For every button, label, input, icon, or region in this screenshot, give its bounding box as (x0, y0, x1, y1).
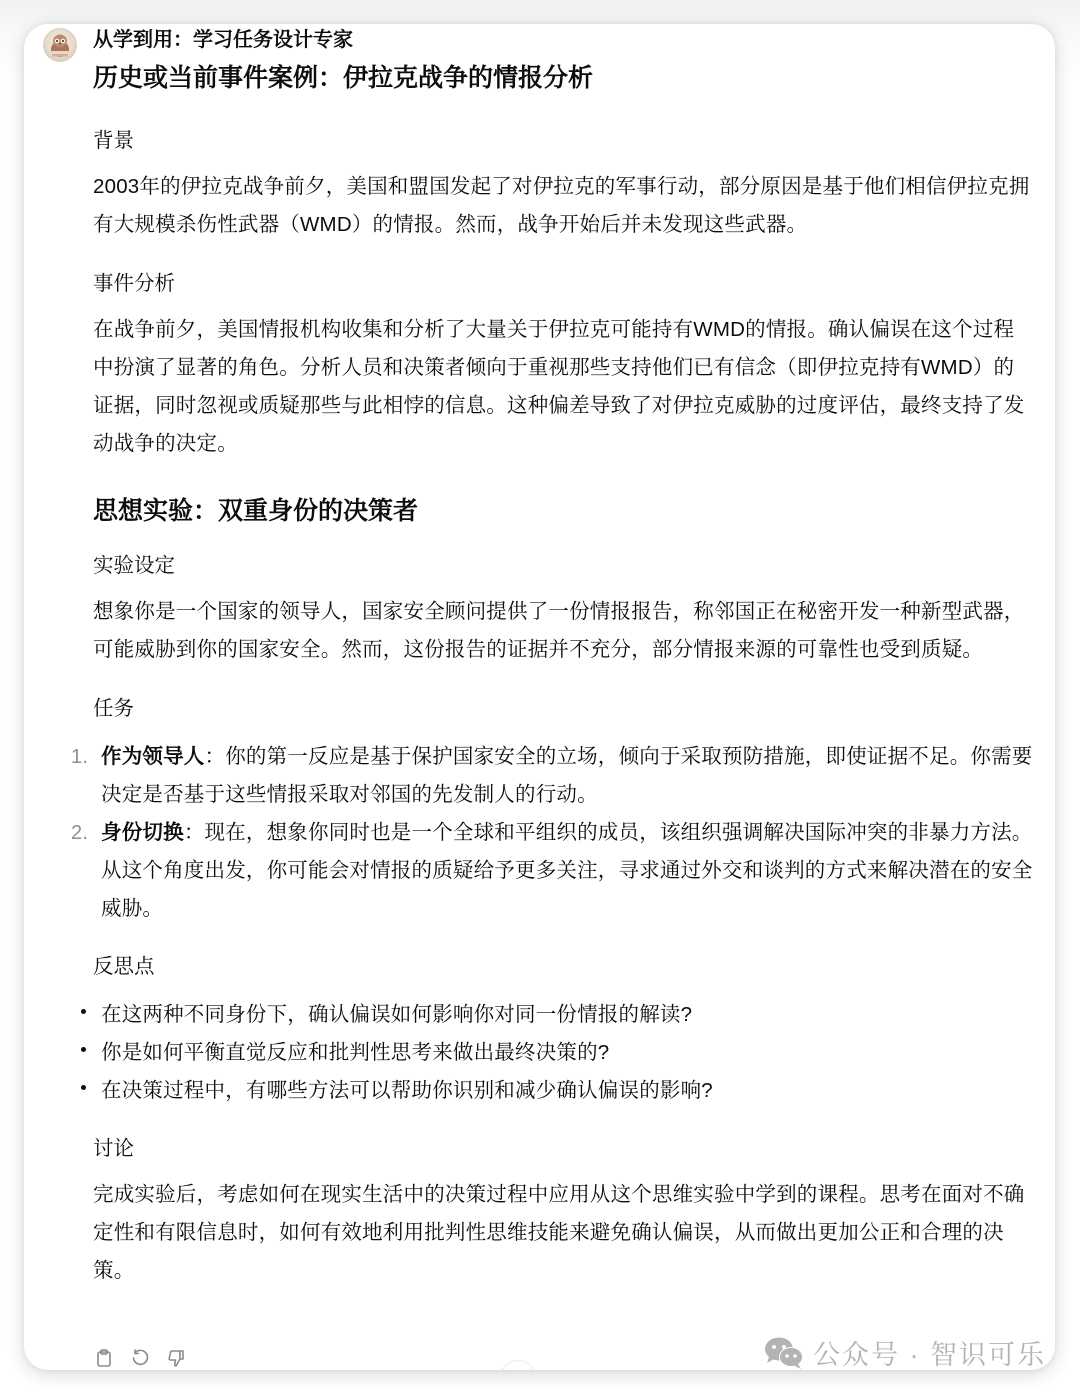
reflection-item: 在这两种不同身份下，确认偏误如何影响你对同一份情报的解读? (93, 996, 1033, 1034)
background-text: 2003年的伊拉克战争前夕，美国和盟国发起了对伊拉克的军事行动，部分原因是基于他… (93, 168, 1033, 244)
regenerate-button[interactable] (129, 1346, 151, 1370)
reflection-label: 反思点 (93, 952, 1033, 982)
watermark: 公众号 · 智识可乐 (763, 1333, 1046, 1372)
message-content: 历史或当前事件案例：伊拉克战争的情报分析 背景 2003年的伊拉克战争前夕，美国… (93, 60, 1033, 1290)
reflection-item: 你是如何平衡直觉反应和批判性思考来做出最终决策的? (93, 1034, 1033, 1072)
reflection-item: 在决策过程中，有哪些方法可以帮助你识别和减少确认偏误的影响? (93, 1072, 1033, 1110)
reflection-text: 在决策过程中，有哪些方法可以帮助你识别和减少确认偏误的影响? (101, 1079, 713, 1102)
analysis-label: 事件分析 (93, 269, 1033, 299)
assistant-name: 从学到用：学习任务设计专家 (93, 26, 353, 54)
watermark-text: 公众号 · 智识可乐 (813, 1333, 1046, 1372)
refresh-icon (130, 1348, 150, 1368)
dislike-button[interactable] (165, 1346, 187, 1370)
task-text: ：现在，想象你同时也是一个全球和平组织的成员，该组织强调解决国际冲突的非暴力方法… (101, 821, 1033, 920)
bullet-icon (81, 1047, 86, 1052)
clipboard-icon (94, 1348, 114, 1368)
task-number: 2. (71, 814, 88, 852)
setup-text: 想象你是一个国家的领导人，国家安全顾问提供了一份情报报告，称邻国正在秘密开发一种… (93, 593, 1033, 669)
task-text: ：你的第一反应是基于保护国家安全的立场，倾向于采取预防措施，即使证据不足。你需要… (101, 745, 1033, 806)
message-title: 历史或当前事件案例：伊拉克战争的情报分析 (93, 60, 1033, 104)
analysis-text: 在战争前夕，美国情报机构收集和分析了大量关于伊拉克可能持有WMD的情报。确认偏误… (93, 311, 1033, 463)
reflection-list: 在这两种不同身份下，确认偏误如何影响你对同一份情报的解读? 你是如何平衡直觉反应… (93, 996, 1033, 1110)
discussion-label: 讨论 (93, 1134, 1033, 1164)
thumbs-down-icon (166, 1348, 186, 1368)
setup-label: 实验设定 (93, 551, 1033, 581)
discussion-text: 完成实验后，考虑如何在现实生活中的决策过程中应用从这个思维实验中学到的课程。思考… (93, 1176, 1033, 1290)
scroll-to-bottom-button[interactable] (500, 1360, 536, 1370)
task-item: 2.身份切换：现在，想象你同时也是一个全球和平组织的成员，该组织强调解决国际冲突… (93, 814, 1033, 928)
reflection-text: 你是如何平衡直觉反应和批判性思考来做出最终决策的? (101, 1041, 609, 1064)
tasks-list: 1.作为领导人：你的第一反应是基于保护国家安全的立场，倾向于采取预防措施，即使证… (93, 738, 1033, 928)
assistant-avatar (43, 28, 77, 62)
background-label: 背景 (93, 126, 1033, 156)
experiment-title: 思想实验：双重身份的决策者 (93, 493, 1033, 529)
bullet-icon (81, 1009, 86, 1014)
copy-button[interactable] (93, 1346, 115, 1370)
task-heading: 身份切换 (101, 821, 184, 844)
chat-message-card: 从学到用：学习任务设计专家 历史或当前事件案例：伊拉克战争的情报分析 背景 20… (24, 24, 1055, 1370)
owl-avatar-icon (44, 29, 76, 61)
message-actions (93, 1346, 187, 1370)
bullet-icon (81, 1085, 86, 1090)
reflection-text: 在这两种不同身份下，确认偏误如何影响你对同一份情报的解读? (101, 1003, 692, 1026)
task-number: 1. (71, 738, 88, 776)
wechat-icon (763, 1336, 805, 1370)
task-item: 1.作为领导人：你的第一反应是基于保护国家安全的立场，倾向于采取预防措施，即使证… (93, 738, 1033, 814)
task-heading: 作为领导人 (101, 745, 205, 768)
tasks-label: 任务 (93, 694, 1033, 724)
